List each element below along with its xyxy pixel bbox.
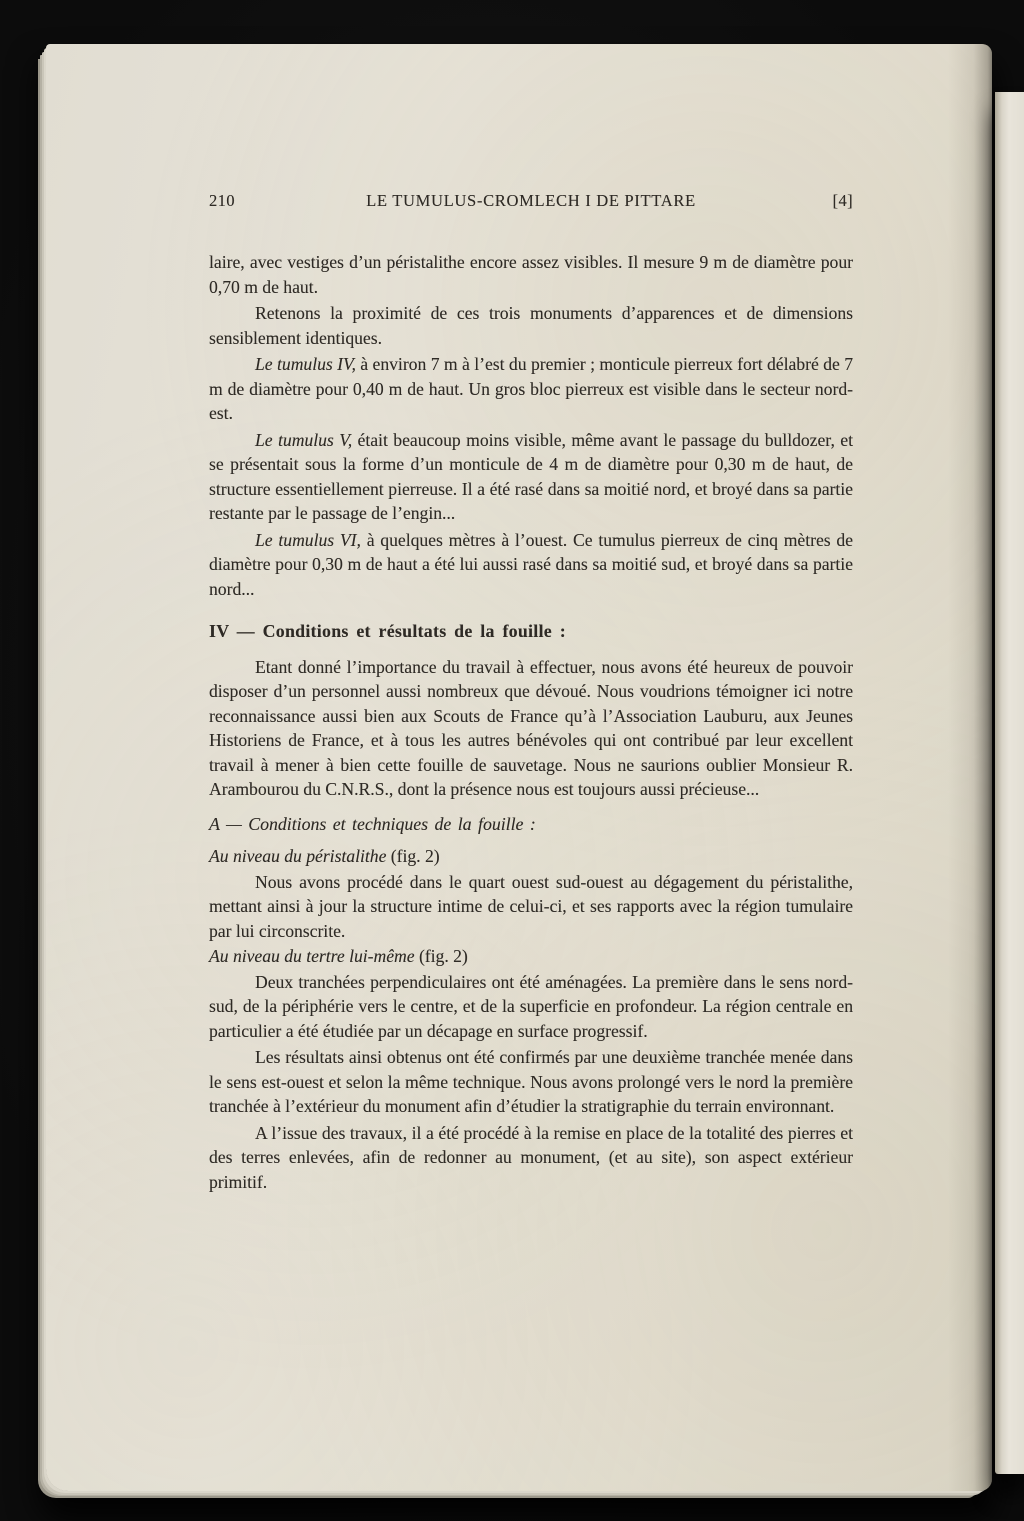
paragraph-resultats: Les résultats ainsi obtenus ont été conf… [209,1045,853,1119]
italic-run: Au niveau du tertre lui-même [209,946,419,966]
paragraph-tranchees: Deux tranchées perpendiculaires ont été … [209,970,853,1044]
italic-run: Le tumulus IV, [255,354,356,374]
text-run: IV — Conditions et résultats de la fouil… [209,621,566,641]
paragraph-remise-en-place: A l’issue des travaux, il a été procédé … [209,1121,853,1195]
subhead-peristalithe: Au niveau du péristalithe (fig. 2) [209,844,853,869]
section-heading-iv: IV — Conditions et résultats de la fouil… [209,619,853,644]
text-run: Retenons la proximité de ces trois monum… [209,303,853,348]
text-run: Etant donné l’importance du travail à ef… [209,657,853,800]
text-run: A l’issue des travaux, il a été procédé … [209,1123,853,1192]
subhead-tertre: Au niveau du tertre lui-même (fig. 2) [209,944,853,969]
text-run: Deux tranchées perpendiculaires ont été … [209,972,853,1041]
body-text-column: laire, avec vestiges d’un péristalithe e… [209,250,853,1194]
paragraph-degagement: Nous avons procédé dans le quart ouest s… [209,870,853,944]
running-title: LE TUMULUS-CROMLECH I DE PITTARE [321,191,741,211]
paragraph-remerciements: Etant donné l’importance du travail à ef… [209,655,853,802]
text-run: Nous avons procédé dans le quart ouest s… [209,872,853,941]
text-run: (fig. 2) [419,946,468,966]
italic-run: Au niveau du péristalithe [209,846,391,866]
italic-run: A — Conditions et techniques de la fouil… [209,814,536,834]
text-run: Les résultats ainsi obtenus ont été conf… [209,1047,853,1116]
book-page: 210 LE TUMULUS-CROMLECH I DE PITTARE [4]… [46,44,992,1491]
page-header: 210 LE TUMULUS-CROMLECH I DE PITTARE [4] [209,191,853,211]
text-run: laire, avec vestiges d’un péristalithe e… [209,252,853,297]
subsection-heading-a: A — Conditions et techniques de la fouil… [209,812,853,837]
italic-run: Le tumulus V, [255,430,352,450]
paragraph-proximite: Retenons la proximité de ces trois monum… [209,301,853,350]
paragraph-tumulus-vi: Le tumulus VI, à quelques mètres à l’oue… [209,528,853,602]
paragraph-tumulus-v: Le tumulus V, était beaucoup moins visib… [209,428,853,526]
scanned-book-photo: 210 LE TUMULUS-CROMLECH I DE PITTARE [4]… [0,0,1024,1521]
issue-marker: [4] [741,191,853,211]
italic-run: Le tumulus VI, [255,530,361,550]
facing-page-edge [995,92,1024,1474]
paragraph-tumulus-iv: Le tumulus IV, à environ 7 m à l’est du … [209,352,853,426]
page-number: 210 [209,191,321,211]
continuation-paragraph: laire, avec vestiges d’un péristalithe e… [209,250,853,299]
text-run: (fig. 2) [391,846,440,866]
